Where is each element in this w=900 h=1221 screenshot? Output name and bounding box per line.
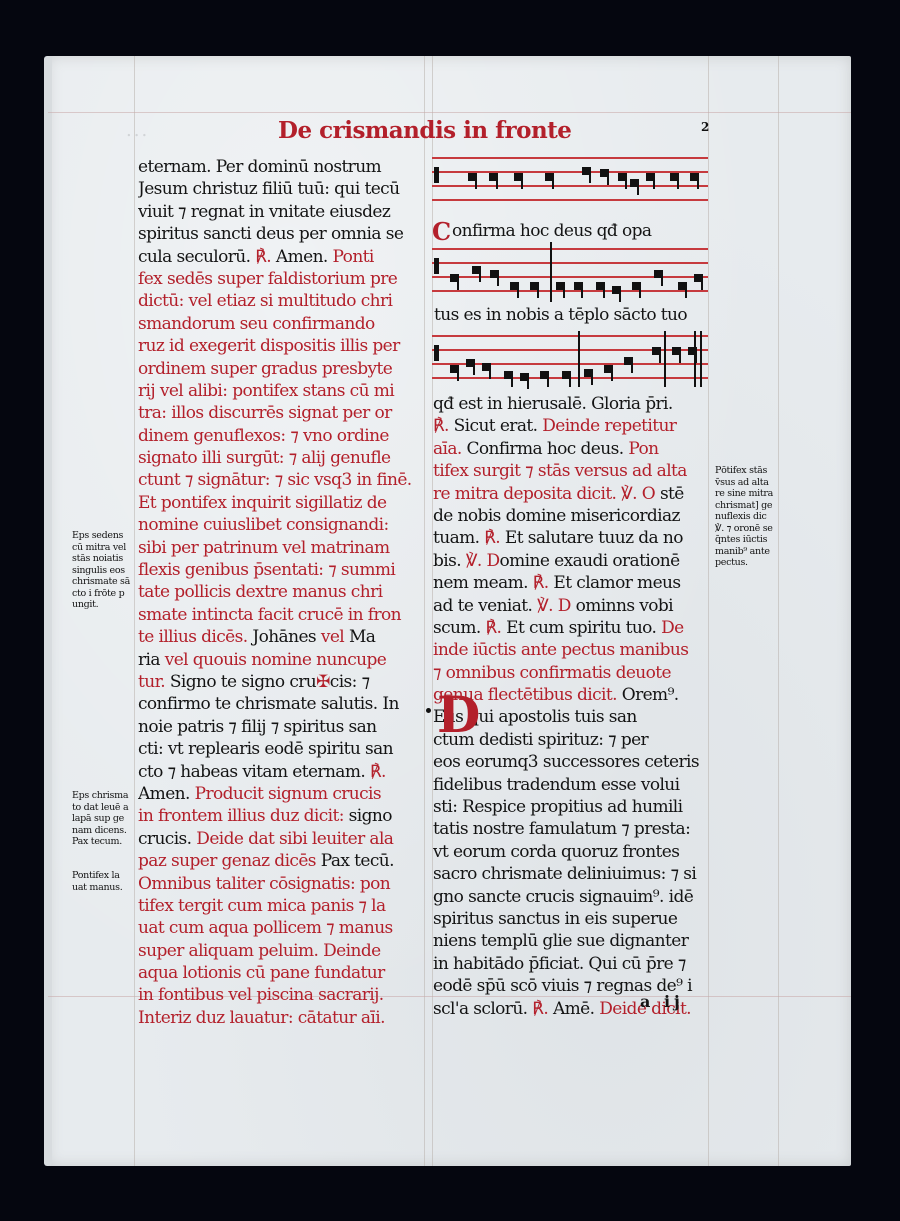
- rubric-text: signato illi surgūt: ⁊ alij genufle: [138, 448, 391, 468]
- rubric-text: re mitra deposita dicit. ℣. O: [433, 484, 660, 504]
- text-line: eos eorumq3 successores ceteris: [433, 751, 713, 773]
- staff-line: [432, 349, 708, 351]
- body-text: gno sancte crucis signauim⁹. idē: [433, 887, 693, 907]
- ruling-line: [778, 56, 779, 1166]
- margin-note-line: uat manus.: [72, 882, 122, 894]
- body-text: sacro chrismate deliniuimus: ⁊ si: [433, 864, 696, 884]
- margin-note-line: Eps sedens: [72, 530, 130, 542]
- body-text: Amen.: [276, 247, 333, 267]
- body-text: qđ est in hierusalē. Gloria p̄ri.: [433, 394, 673, 414]
- text-line: tifex tergit cum mica panis ⁊ la: [138, 895, 418, 917]
- margin-note-left-2: Eps chrismato dat leuē alapā sup genam d…: [72, 790, 128, 848]
- text-line: Jesum christuz filiū tuū: qui tecū: [138, 178, 418, 200]
- text-line: uat cum aqua pollicem ⁊ manus: [138, 917, 418, 939]
- text-line: nomine cuiuslibet consignandi:: [138, 514, 418, 536]
- rubric-text: ℟.: [533, 573, 554, 593]
- rubric-text: ⁊ omnibus confirmatis deuote: [433, 663, 671, 683]
- body-text: omine exaudi orationē: [500, 551, 680, 571]
- text-line: fidelibus tradendum esse volui: [433, 774, 713, 796]
- body-text: Johānes: [252, 627, 320, 647]
- text-line: sti: Respice propitius ad humili: [433, 796, 713, 818]
- neume-icon: [672, 347, 681, 355]
- text-line: dinem genuflexos: ⁊ vno ordine: [138, 425, 418, 447]
- body-text: tatis nostre famulatum ⁊ presta:: [433, 819, 690, 839]
- margin-note-line: to dat leuē a: [72, 802, 128, 814]
- neume-icon: [468, 173, 477, 181]
- margin-note-line: manib⁹ ante: [715, 546, 773, 558]
- body-text: fidelibus tradendum esse volui: [433, 775, 679, 795]
- text-line: in frontem illius duz dicit: signo: [138, 805, 418, 827]
- text-line: Et pontifex inquirit sigillatiz de: [138, 492, 418, 514]
- bar-line: [550, 242, 552, 302]
- rubric-text: vel: [321, 627, 349, 647]
- neume-icon: [678, 282, 687, 290]
- body-text: scum.: [433, 618, 486, 638]
- margin-note-line: re sine mitra: [715, 488, 773, 500]
- neume-icon: [545, 173, 554, 181]
- text-line: fex sedēs super faldistorium pre: [138, 268, 418, 290]
- left-text-column: eternam. Per dominū nostrumJesum christu…: [138, 156, 418, 1029]
- text-line: de nobis domine misericordiaz: [433, 505, 713, 527]
- body-text: eos eorumq3 successores ceteris: [433, 752, 699, 772]
- text-line: viuit ⁊ regnat in vnitate eiusdez: [138, 201, 418, 223]
- body-text: Amen.: [138, 784, 195, 804]
- rubric-text: ℣. D: [466, 551, 500, 571]
- neume-icon: [646, 173, 655, 181]
- text-line: tra: illos discurrēs signat per or: [138, 402, 418, 424]
- margin-note-line: cto i frōte p: [72, 588, 130, 600]
- rubric-text: Et pontifex inquirit sigillatiz de: [138, 493, 386, 513]
- rubric-text: tur.: [138, 672, 170, 692]
- body-text: viuit ⁊ regnat in vnitate eiusdez: [138, 202, 390, 222]
- neume-icon: [652, 347, 661, 355]
- text-line: spiritus sancti deus per omnia se: [138, 223, 418, 245]
- margin-note-line: ℣. ⁊ oronē se: [715, 523, 773, 535]
- clef-icon: [434, 345, 439, 361]
- text-line: flexis genibus p̄sentati: ⁊ summi: [138, 559, 418, 581]
- rubric-text: ordinem super gradus presbyte: [138, 359, 392, 379]
- rubric-text: Producit signum crucis: [195, 784, 381, 804]
- body-text: spiritus sancti deus per omnia se: [138, 224, 403, 244]
- margin-note-right-1: Pōtifex stāsv̄sus ad altare sine mitrach…: [715, 465, 773, 569]
- running-title: De crismandis in fronte: [278, 117, 571, 144]
- rubric-text: ℣. D: [537, 596, 571, 616]
- rubric-text: ctunt ⁊ signātur: ⁊ sic vsq3 in finē.: [138, 470, 412, 490]
- body-text: signo: [349, 806, 392, 826]
- body-text: niens templū glie sue dignanter: [433, 931, 688, 951]
- body-text: confirmo te chrismate salutis. In: [138, 694, 399, 714]
- rubric-text: Ponti: [333, 247, 374, 267]
- text-line: qđ est in hierusalē. Gloria p̄ri.: [433, 393, 713, 415]
- text-line: te illius dicēs. Johānes vel Ma: [138, 626, 418, 648]
- text-line: niens templū glie sue dignanter: [433, 930, 713, 952]
- body-text: cti: vt replearis eodē spiritu san: [138, 739, 393, 759]
- margin-note-line: nam dicens.: [72, 825, 128, 837]
- rubric-text: vel quouis nomine nuncupe: [165, 650, 387, 670]
- rubric-text: tate pollicis dextre manus chri: [138, 582, 382, 602]
- rubric-text: Omnibus taliter cōsignatis: pon: [138, 874, 390, 894]
- rubric-text: rij vel alibi: pontifex stans cū mi: [138, 381, 394, 401]
- body-text: scl'a sclorū.: [433, 999, 532, 1019]
- margin-note-line: chrismat] ge: [715, 500, 773, 512]
- neume-icon: [694, 274, 703, 282]
- text-line: cto ⁊ habeas vitam eternam. ℟.: [138, 761, 418, 783]
- neume-icon: [654, 270, 663, 278]
- folio-number: 2: [701, 120, 709, 134]
- text-line: bis. ℣. Domine exaudi orationē: [433, 550, 713, 572]
- rubric-text: Deinde repetitur: [542, 416, 676, 436]
- neume-icon: [670, 173, 679, 181]
- rubric-text: ℟.: [255, 247, 276, 267]
- rubric-text: ℟.: [532, 999, 553, 1019]
- margin-note-line: q̄ntes iūctis: [715, 534, 773, 546]
- text-line: ad te veniat. ℣. D ominns vobi: [433, 595, 713, 617]
- text-line: cula seculorū. ℟. Amen. Ponti: [138, 246, 418, 268]
- text-line: sibi per patrinum vel matrinam: [138, 537, 418, 559]
- margin-note-line: v̄sus ad alta: [715, 477, 773, 489]
- rubric-text: fex sedēs super faldistorium pre: [138, 269, 397, 289]
- margin-note-line: stās noiatis: [72, 553, 130, 565]
- text-line: paz super genaz dicēs Pax tecū.: [138, 850, 418, 872]
- text-line: gno sancte crucis signauim⁹. idē: [433, 886, 713, 908]
- neume-icon: [574, 282, 583, 290]
- staff-line: [432, 199, 708, 201]
- rubric-text: paz super genaz dicēs: [138, 851, 321, 871]
- staff-line: [432, 248, 708, 250]
- neume-icon: [510, 282, 519, 290]
- neume-icon: [514, 173, 523, 181]
- rubric-text: smate intincta facit crucē in fron: [138, 605, 401, 625]
- neume-icon: [490, 270, 499, 278]
- staff-line: [432, 335, 708, 337]
- rubric-text: sibi per patrinum vel matrinam: [138, 538, 390, 558]
- body-text: de nobis domine misericordiaz: [433, 506, 680, 526]
- rubric-text: Deide dat sibi leuiter ala: [196, 829, 393, 849]
- body-text: Jesum christuz filiū tuū: qui tecū: [138, 179, 399, 199]
- drop-initial: D: [437, 690, 480, 740]
- body-text: nem meam.: [433, 573, 533, 593]
- body-text: bis.: [433, 551, 466, 571]
- neume-icon: [596, 282, 605, 290]
- rubric-text: nomine cuiuslibet consignandi:: [138, 515, 389, 535]
- rubric-text: ✠: [316, 672, 330, 692]
- body-text: Pax tecū.: [321, 851, 394, 871]
- neume-icon: [562, 371, 571, 379]
- margin-note-line: nuflexis dic: [715, 511, 773, 523]
- rubric-text: flexis genibus p̄sentati: ⁊ summi: [138, 560, 395, 580]
- margin-note-left-3: Pontifex lauat manus.: [72, 870, 122, 893]
- body-text: stē: [660, 484, 684, 504]
- text-line: scum. ℟. Et cum spiritu tuo. De: [433, 617, 713, 639]
- rubric-text: smandorum seu confirmando: [138, 314, 375, 334]
- body-text: ominns vobi: [571, 596, 673, 616]
- body-text: Ma: [349, 627, 375, 647]
- bar-line: [664, 331, 666, 387]
- neume-icon: [630, 179, 639, 187]
- bar-line: [694, 331, 696, 387]
- body-text: ria: [138, 650, 165, 670]
- text-line: signato illi surgūt: ⁊ alij genufle: [138, 447, 418, 469]
- body-text: cis: ⁊: [330, 672, 370, 692]
- body-text: Confirma hoc deus.: [467, 439, 629, 459]
- body-text: Amē.: [553, 999, 599, 1019]
- chant-lyric-1: onfirma hoc deus qđ opa: [452, 220, 651, 242]
- text-line: tatis nostre famulatum ⁊ presta:: [433, 818, 713, 840]
- rubric-text: in frontem illius duz dicit:: [138, 806, 349, 826]
- neume-icon: [624, 357, 633, 365]
- rubric-text: ℟.: [370, 762, 386, 782]
- body-text: Signo te signo cru: [170, 672, 316, 692]
- text-line: dictū: vel etiaz si multitudo chri: [138, 290, 418, 312]
- chant-initial: C: [432, 217, 451, 246]
- rubric-text: ℟.: [433, 416, 454, 436]
- paragraph-mark-icon: [426, 708, 431, 713]
- staff-line: [432, 185, 708, 187]
- body-text: crucis.: [138, 829, 196, 849]
- rubric-text: De: [661, 618, 684, 638]
- text-line: eternam. Per dominū nostrum: [138, 156, 418, 178]
- staff-line: [432, 276, 708, 278]
- rubric-text: ℟.: [484, 528, 505, 548]
- body-text: Et cum spiritu tuo.: [506, 618, 661, 638]
- music-staff-1: [432, 157, 708, 211]
- margin-note-line: singulis eos: [72, 565, 130, 577]
- body-text: vt eorum corda quoruz frontes: [433, 842, 679, 862]
- body-text: noie patris ⁊ filij ⁊ spiritus san: [138, 717, 377, 737]
- body-text: ad te veniat.: [433, 596, 537, 616]
- margin-note-line: cū mitra vel: [72, 542, 130, 554]
- rubric-text: Pon: [628, 439, 658, 459]
- body-text: eternam. Per dominū nostrum: [138, 157, 381, 177]
- body-text: Et clamor meus: [553, 573, 680, 593]
- text-line: super aliquam peluim. Deinde: [138, 940, 418, 962]
- text-line: crucis. Deide dat sibi leuiter ala: [138, 828, 418, 850]
- margin-note-line: Pax tecum.: [72, 836, 128, 848]
- neume-icon: [530, 282, 539, 290]
- neume-icon: [612, 286, 621, 294]
- neume-icon: [466, 359, 475, 367]
- text-line: smandorum seu confirmando: [138, 313, 418, 335]
- margin-note-line: Pontifex la: [72, 870, 122, 882]
- rubric-text: inde iūctis ante pectus manibus: [433, 640, 688, 660]
- margin-note-line: lapā sup ge: [72, 813, 128, 825]
- margin-note-line: Pōtifex stās: [715, 465, 773, 477]
- rubric-text: tifex surgit ⁊ stās versus ad alta: [433, 461, 687, 481]
- text-line: tuam. ℟. Et salutare tuuz da no: [433, 527, 713, 549]
- body-text: in habitādo p̄ficiat. Qui cū p̄re ⁊: [433, 954, 686, 974]
- text-line: sacro chrismate deliniuimus: ⁊ si: [433, 863, 713, 885]
- rubric-text: tifex tergit cum mica panis ⁊ la: [138, 896, 386, 916]
- rubric-text: Interiz duz lauatur: cātatur aīi.: [138, 1008, 385, 1028]
- neume-icon: [632, 282, 641, 290]
- text-line: smate intincta facit crucē in fron: [138, 604, 418, 626]
- text-line: ria vel quouis nomine nuncupe: [138, 649, 418, 671]
- text-line: rij vel alibi: pontifex stans cū mi: [138, 380, 418, 402]
- text-line: inde iūctis ante pectus manibus: [433, 639, 713, 661]
- text-line: vt eorum corda quoruz frontes: [433, 841, 713, 863]
- text-line: tur. Signo te signo cru✠cis: ⁊: [138, 671, 418, 693]
- staff-line: [432, 290, 708, 292]
- text-line: confirmo te chrismate salutis. In: [138, 693, 418, 715]
- neume-icon: [450, 274, 459, 282]
- rubric-text: tra: illos discurrēs signat per or: [138, 403, 392, 423]
- rubric-text: dictū: vel etiaz si multitudo chri: [138, 291, 392, 311]
- neume-icon: [582, 167, 591, 175]
- staff-line: [432, 262, 708, 264]
- chant-lyric-2: tus es in nobis a tēplo sācto tuo: [434, 304, 687, 326]
- text-line: Interiz duz lauatur: cātatur aīi.: [138, 1007, 418, 1029]
- neume-icon: [540, 371, 549, 379]
- text-line: ctunt ⁊ signātur: ⁊ sic vsq3 in finē.: [138, 469, 418, 491]
- ruling-line: [134, 56, 135, 1166]
- neume-icon: [556, 282, 565, 290]
- text-line: in habitādo p̄ficiat. Qui cū p̄re ⁊: [433, 953, 713, 975]
- body-text: Sicut erat.: [454, 416, 543, 436]
- body-text: tuam.: [433, 528, 484, 548]
- text-line: Amen. Producit signum crucis: [138, 783, 418, 805]
- text-line: aīa. Confirma hoc deus. Pon: [433, 438, 713, 460]
- text-line: ruz id exegerit dispositis illis per: [138, 335, 418, 357]
- rubric-text: ℟.: [486, 618, 507, 638]
- neume-icon: [472, 266, 481, 274]
- margin-note-line: ungit.: [72, 599, 130, 611]
- text-line: Omnibus taliter cōsignatis: pon: [138, 873, 418, 895]
- ruling-line: [48, 112, 851, 113]
- text-line: spiritus sanctus in eis superue: [433, 908, 713, 930]
- bar-line: [578, 331, 580, 387]
- body-text: sti: Respice propitius ad humili: [433, 797, 682, 817]
- text-line: nem meam. ℟. Et clamor meus: [433, 572, 713, 594]
- neume-icon: [604, 365, 613, 373]
- staff-line: [432, 157, 708, 159]
- rubric-text: ruz id exegerit dispositis illis per: [138, 336, 400, 356]
- rubric-text: uat cum aqua pollicem ⁊ manus: [138, 918, 393, 938]
- text-line: ℟. Sicut erat. Deinde repetitur: [433, 415, 713, 437]
- margin-note-line: pectus.: [715, 557, 773, 569]
- text-line: ⁊ omnibus confirmatis deuote: [433, 662, 713, 684]
- neume-icon: [520, 373, 529, 381]
- rubric-text: aīa.: [433, 439, 467, 459]
- neume-icon: [584, 369, 593, 377]
- text-line: re mitra deposita dicit. ℣. O stē: [433, 483, 713, 505]
- neume-icon: [489, 173, 498, 181]
- clef-icon: [434, 258, 439, 274]
- neume-icon: [504, 371, 513, 379]
- body-text: Et salutare tuuz da no: [505, 528, 683, 548]
- rubric-text: in fontibus vel piscina sacrarij.: [138, 985, 384, 1005]
- music-staff-2: [432, 248, 708, 302]
- body-text: cto ⁊ habeas vitam eternam.: [138, 762, 370, 782]
- signature-mark: a ij: [640, 992, 684, 1011]
- show-through-text: ...: [126, 120, 149, 141]
- neume-icon: [618, 173, 627, 181]
- margin-note-line: Eps chrisma: [72, 790, 128, 802]
- music-staff-3: [432, 335, 708, 389]
- body-text: cula seculorū.: [138, 247, 255, 267]
- text-line: aqua lotionis cū pane fundatur: [138, 962, 418, 984]
- neume-icon: [482, 363, 491, 371]
- neume-icon: [690, 173, 699, 181]
- text-line: noie patris ⁊ filij ⁊ spiritus san: [138, 716, 418, 738]
- neume-icon: [600, 169, 609, 177]
- text-line: cti: vt replearis eodē spiritu san: [138, 738, 418, 760]
- margin-note-left-1: Eps sedenscū mitra velstās noiatissingul…: [72, 530, 130, 611]
- rubric-text: super aliquam peluim. Deinde: [138, 941, 381, 961]
- text-line: tate pollicis dextre manus chri: [138, 581, 418, 603]
- body-text: spiritus sanctus in eis superue: [433, 909, 677, 929]
- ruling-line: [424, 56, 425, 1166]
- clef-icon: [434, 167, 439, 183]
- rubric-text: dinem genuflexos: ⁊ vno ordine: [138, 426, 389, 446]
- text-line: tifex surgit ⁊ stās versus ad alta: [433, 460, 713, 482]
- margin-note-line: chrismate sā: [72, 576, 130, 588]
- text-line: ordinem super gradus presbyte: [138, 358, 418, 380]
- rubric-text: te illius dicēs.: [138, 627, 252, 647]
- neume-icon: [450, 365, 459, 373]
- rubric-text: aqua lotionis cū pane fundatur: [138, 963, 385, 983]
- body-text: Orem⁹.: [622, 685, 679, 705]
- bar-line: [700, 331, 702, 387]
- text-line: in fontibus vel piscina sacrarij.: [138, 984, 418, 1006]
